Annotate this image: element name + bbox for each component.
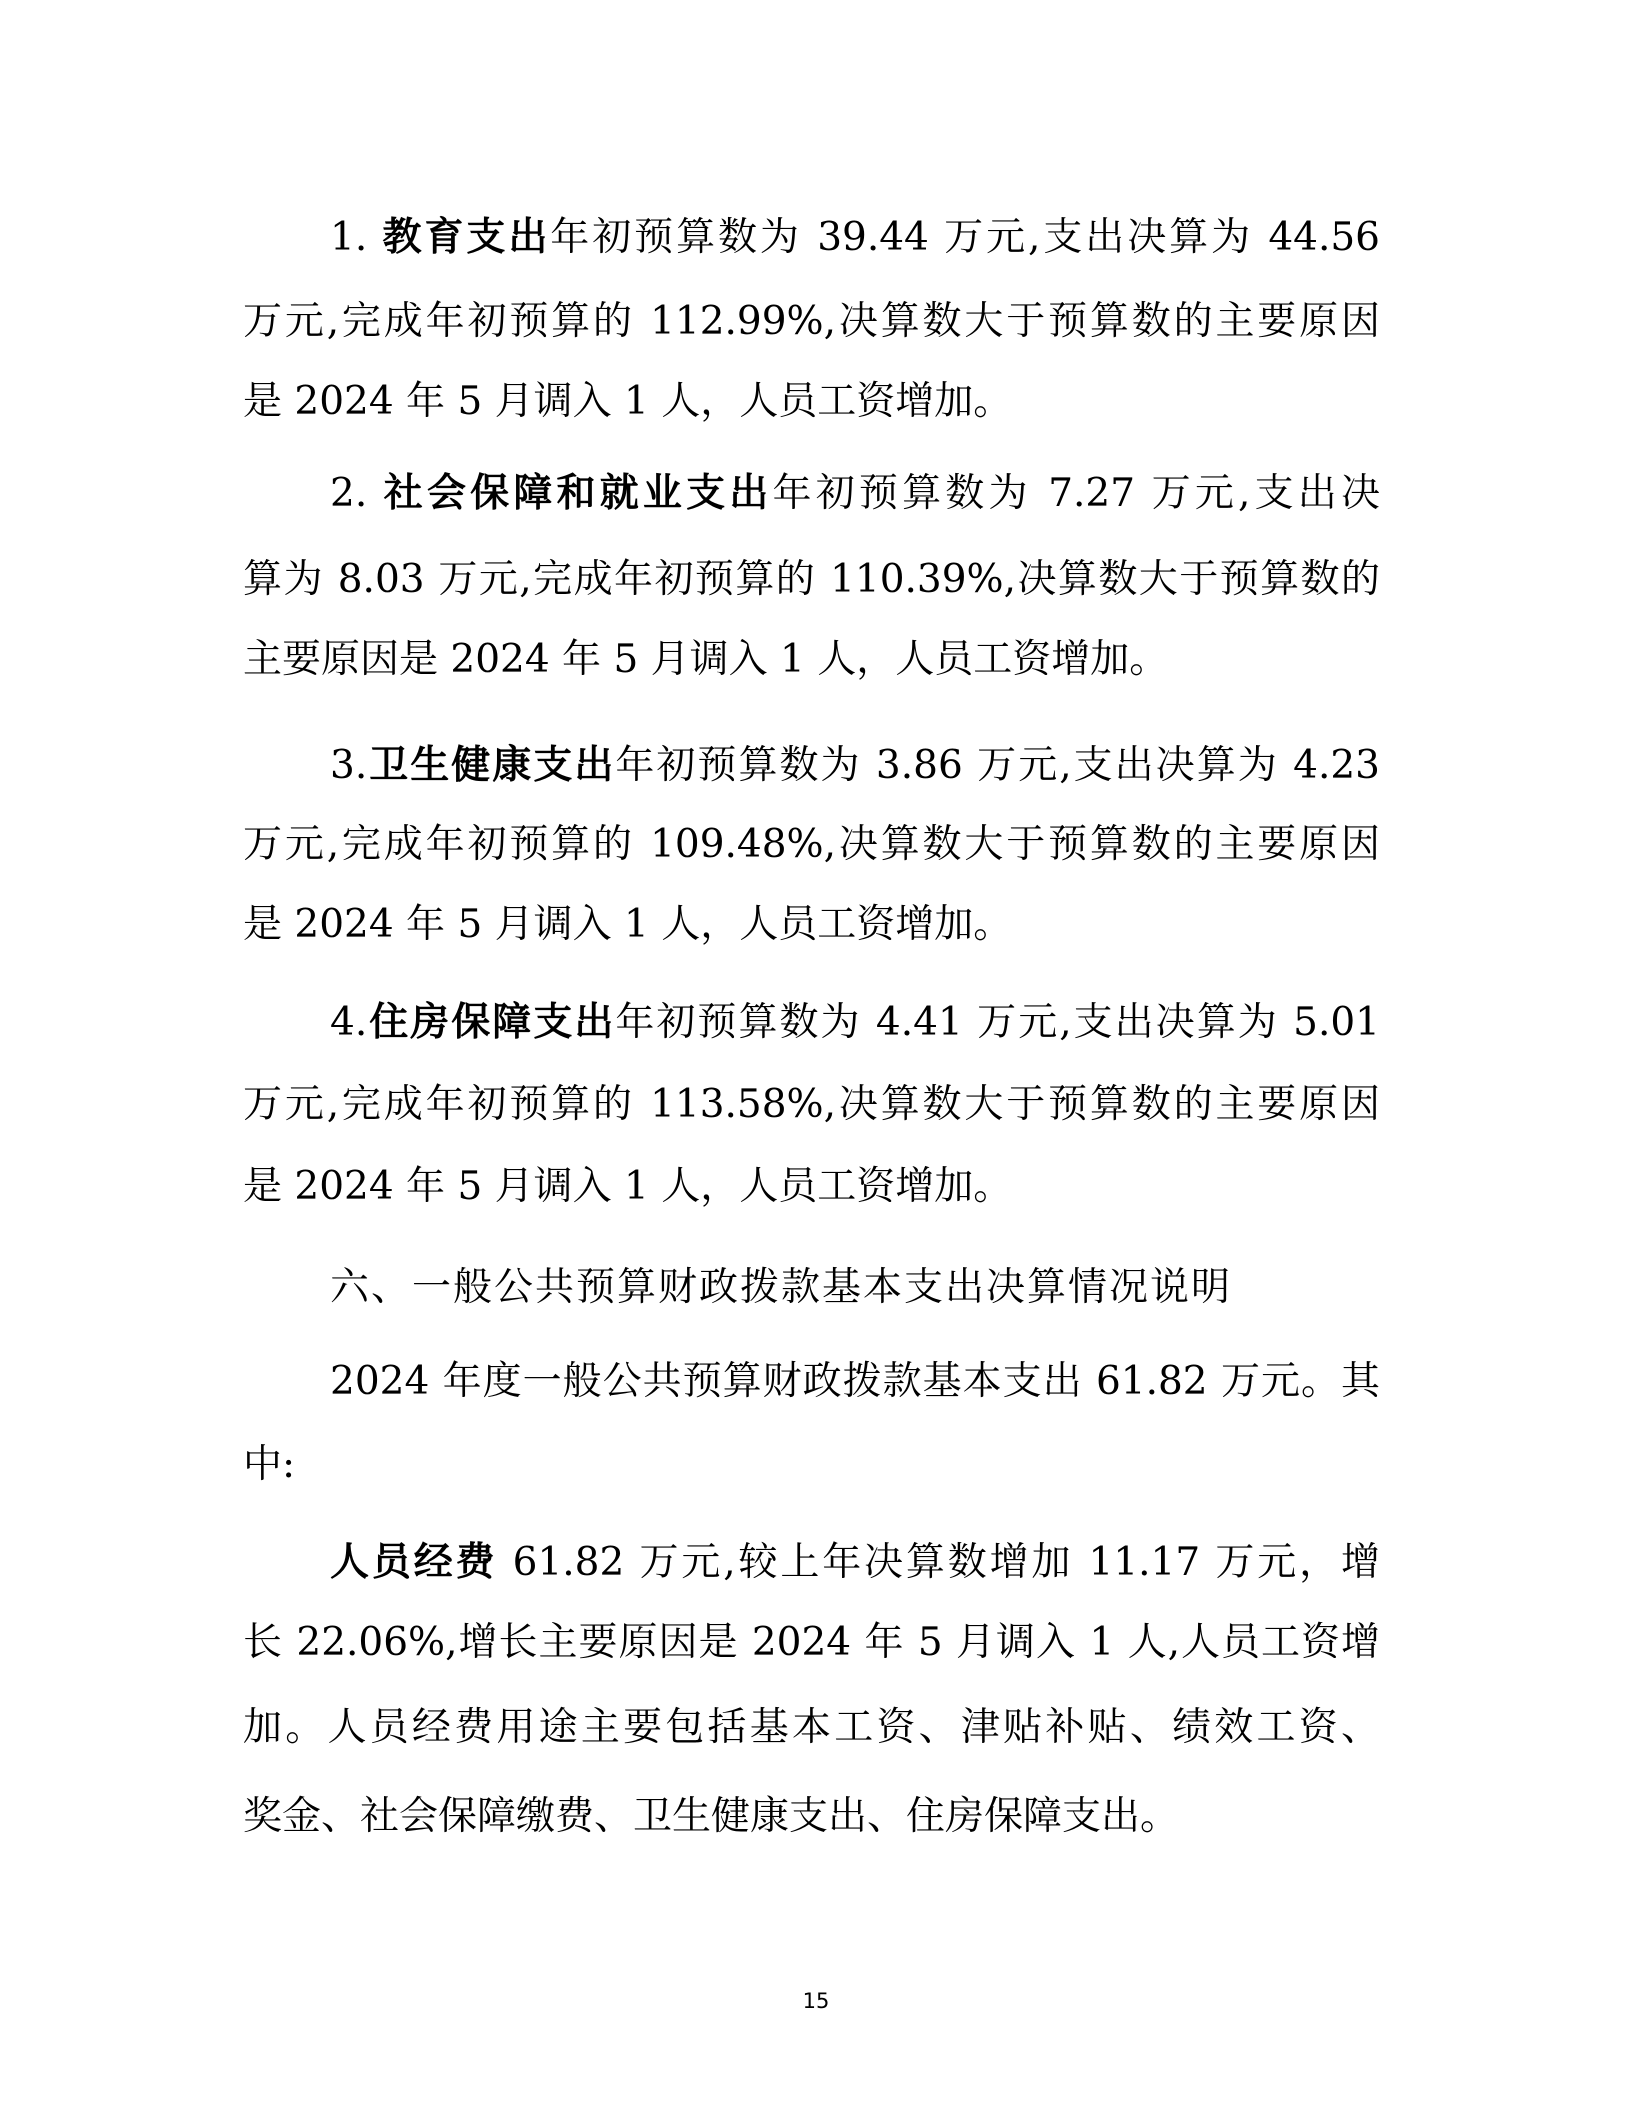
bold-term: 住房保障支出: [367, 999, 615, 1045]
bold-term: 人员经费: [330, 1539, 497, 1585]
text-line: 万元,完成年初预算的 112.99%,决算数大于预算数的主要原因: [243, 281, 1380, 363]
text-line: 是 2024 年 5 月调入 1 人，人员工资增加。: [243, 884, 1380, 966]
text-segment: 加。人员经费用途主要包括基本工资、津贴补贴、绩效工资、: [243, 1705, 1380, 1750]
text-line: 加。人员经费用途主要包括基本工资、津贴补贴、绩效工资、: [243, 1687, 1380, 1769]
text-segment: 奖金、社会保障缴费、卫生健康支出、住房保障支出。: [243, 1794, 1179, 1839]
text-line: 4.住房保障支出年初预算数为 4.41 万元,支出决算为 5.01: [330, 981, 1380, 1063]
text-line: 3.卫生健康支出年初预算数为 3.86 万元,支出决算为 4.23: [330, 724, 1380, 806]
bold-term: 卫生健康支出: [367, 742, 615, 788]
text-line: 1. 教育支出年初预算数为 39.44 万元,支出决算为 44.56: [330, 196, 1380, 278]
text-line: 长 22.06%,增长主要原因是 2024 年 5 月调入 1 人,人员工资增: [243, 1602, 1380, 1684]
text-segment: 万元,完成年初预算的 112.99%,决算数大于预算数的主要原因: [243, 299, 1380, 344]
text-line: 奖金、社会保障缴费、卫生健康支出、住房保障支出。: [243, 1776, 1380, 1858]
text-line: 人员经费 61.82 万元,较上年决算数增加 11.17 万元，增: [330, 1521, 1380, 1603]
text-line: 算为 8.03 万元,完成年初预算的 110.39%,决算数大于预算数的: [243, 539, 1380, 621]
text-segment: 中:: [243, 1442, 295, 1487]
text-segment: 4.: [330, 1000, 367, 1045]
text-line: 万元,完成年初预算的 109.48%,决算数大于预算数的主要原因: [243, 804, 1380, 886]
bold-term: 社会保障和就业支出: [384, 470, 773, 516]
text-line: 是 2024 年 5 月调入 1 人，人员工资增加。: [243, 1146, 1380, 1228]
text-segment: 是 2024 年 5 月调入 1 人，人员工资增加。: [243, 379, 1012, 424]
text-segment: 万元,完成年初预算的 109.48%,决算数大于预算数的主要原因: [243, 822, 1380, 867]
text-segment: 2.: [330, 471, 384, 516]
text-line: 万元,完成年初预算的 113.58%,决算数大于预算数的主要原因: [243, 1064, 1380, 1146]
text-line: 是 2024 年 5 月调入 1 人，人员工资增加。: [243, 361, 1380, 443]
text-segment: 算为 8.03 万元,完成年初预算的 110.39%,决算数大于预算数的: [243, 557, 1380, 602]
text-segment: 长 22.06%,增长主要原因是 2024 年 5 月调入 1 人,人员工资增: [243, 1620, 1380, 1665]
text-segment: 年初预算数为 4.41 万元,支出决算为 5.01: [615, 1000, 1380, 1045]
text-segment: 年初预算数为 39.44 万元,支出决算为 44.56: [550, 215, 1380, 260]
text-segment: 是 2024 年 5 月调入 1 人，人员工资增加。: [243, 902, 1012, 947]
document-page: 1. 教育支出年初预算数为 39.44 万元,支出决算为 44.56万元,完成年…: [0, 0, 1632, 2112]
page-number: 15: [0, 1989, 1632, 2013]
text-segment: 3.: [330, 743, 367, 788]
text-segment: 1.: [330, 215, 383, 260]
text-line: 2. 社会保障和就业支出年初预算数为 7.27 万元,支出决: [330, 452, 1380, 534]
text-line: 2024 年度一般公共预算财政拨款基本支出 61.82 万元。其: [330, 1341, 1380, 1423]
text-segment: 主要原因是 2024 年 5 月调入 1 人，人员工资增加。: [243, 637, 1168, 682]
bold-term: 教育支出: [383, 214, 551, 260]
text-segment: 2024 年度一般公共预算财政拨款基本支出 61.82 万元。其: [330, 1359, 1380, 1404]
text-line: 主要原因是 2024 年 5 月调入 1 人，人员工资增加。: [243, 619, 1380, 701]
text-segment: 年初预算数为 7.27 万元,支出决: [773, 471, 1380, 516]
text-segment: 年初预算数为 3.86 万元,支出决算为 4.23: [615, 743, 1380, 788]
text-segment: 是 2024 年 5 月调入 1 人，人员工资增加。: [243, 1164, 1012, 1209]
text-segment: 61.82 万元,较上年决算数增加 11.17 万元，增: [497, 1540, 1380, 1585]
section-heading: 六、一般公共预算财政拨款基本支出决算情况说明: [330, 1247, 1380, 1329]
text-line: 中:: [243, 1424, 1380, 1506]
text-segment: 万元,完成年初预算的 113.58%,决算数大于预算数的主要原因: [243, 1082, 1380, 1127]
